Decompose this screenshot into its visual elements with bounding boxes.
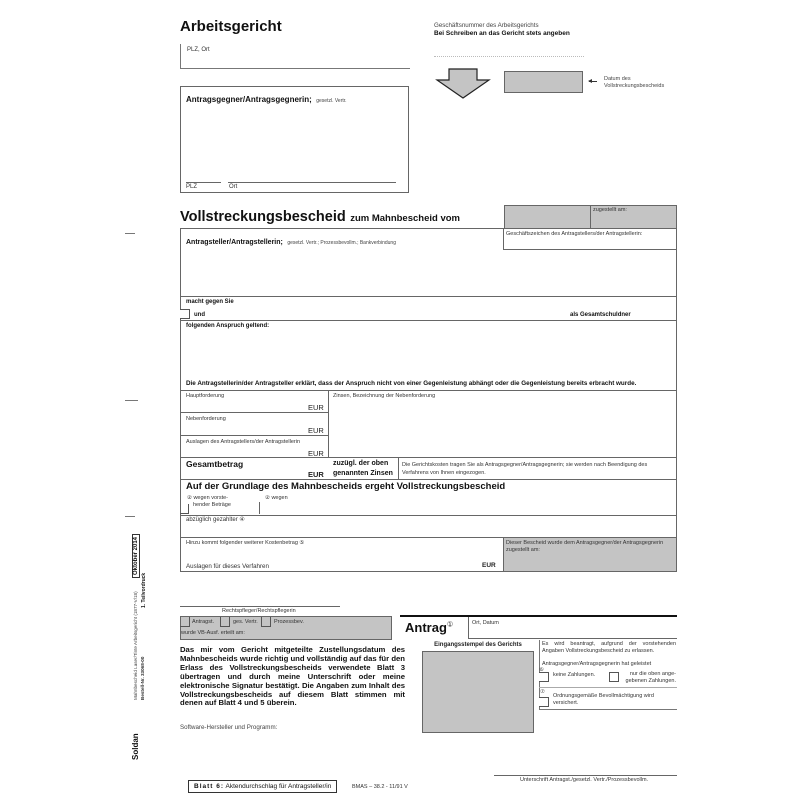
applicant-heading-text: Antragsteller/Antragstellerin;: [186, 239, 283, 246]
deduct-paid-label: abzüglich gezahlter ④: [186, 516, 245, 523]
secondary-claim-field[interactable]: [181, 423, 306, 434]
publisher-logo: Soldan: [131, 733, 140, 760]
application-title-text: Antrag: [405, 620, 447, 635]
plus-interest-line2: genannten Zinsen: [333, 469, 393, 479]
procedure-expenses-currency: EUR: [482, 562, 496, 569]
respondent-plz-label: PLZ: [186, 184, 197, 190]
enforcement-date-field[interactable]: [504, 71, 583, 93]
option-a-label: ② wegen vorste- hender Beträge: [187, 495, 231, 509]
authority-mark: ⑦: [540, 689, 545, 695]
sheet-label: Blatt 6: Aktendurchschlag für Antragstel…: [188, 780, 337, 793]
interest-label: Zinsen, Bezeichnung der Nebenforderung: [333, 393, 435, 399]
option-applicant-label: Antragst.: [192, 619, 214, 625]
additional-costs-label: Hinzu kommt folgender weiterer Kostenbet…: [186, 540, 304, 546]
court-costs-note: Die Gerichtskosten tragen Sie als Antrag…: [402, 461, 672, 477]
no-payments-label: keine Zahlungen.: [553, 672, 595, 678]
pointer-arrowhead-icon: [588, 79, 592, 83]
option-attorney-checkbox[interactable]: [261, 617, 271, 627]
respondent-ort-label: Ort: [229, 184, 237, 190]
and-label: und: [194, 312, 205, 318]
court-stamp-area: [422, 651, 534, 733]
plus-interest-line1: zuzügl. der oben: [333, 459, 393, 469]
expenses-label: Auslagen des Antragstellers/der Antragst…: [186, 439, 300, 445]
joint-debtor-label: als Gesamtschuldner: [570, 312, 631, 318]
reference-label: Geschäftszeichen des Antragstellers/der …: [506, 231, 642, 237]
date-label-line2: Vollstreckungsbescheids: [604, 83, 664, 90]
interest-field[interactable]: [330, 400, 675, 456]
software-label: Software-Hersteller und Programm:: [180, 724, 277, 731]
margin-order-no: Bestell-Nr. 33068-00: [140, 657, 145, 700]
court-address-field[interactable]: [180, 44, 410, 69]
title-main: Vollstreckungsbescheid: [180, 209, 346, 225]
authority-line1: Ordnungsgemäße Bevollmächtigung wird: [553, 693, 654, 700]
application-title-mark: ①: [447, 622, 453, 629]
no-payments-checkbox[interactable]: [539, 672, 549, 682]
total-field[interactable]: [240, 459, 302, 478]
option-b-label: ② wegen: [265, 495, 288, 501]
secondary-claim-currency: EUR: [308, 426, 324, 435]
only-listed-label: nur die oben ange- gebenen Zahlungen.: [622, 671, 676, 685]
applicant-signature-label: Unterschrift Antragst./gesetzl. Vertr./P…: [520, 777, 648, 783]
option-a-line1: ② wegen vorste-: [187, 495, 231, 502]
claim-label: folgenden Anspruch geltend:: [186, 323, 269, 329]
fold-mark-bottom: [125, 516, 135, 517]
authority-line2: versichert.: [553, 700, 654, 707]
title-suffix: zum Mahnbescheid vom: [350, 213, 460, 224]
place-date-field[interactable]: [468, 617, 677, 639]
option-attorney-label: Prozessbev.: [274, 619, 304, 625]
date-label-line1: Datum des: [604, 76, 664, 83]
main-claim-field[interactable]: [181, 400, 306, 411]
expenses-field[interactable]: [181, 446, 306, 457]
authority-label: Ordnungsgemäße Bevollmächtigung wird ver…: [553, 693, 654, 707]
deduct-paid-field[interactable]: [181, 524, 675, 537]
enforcement-date-label: Datum des Vollstreckungsbescheids: [604, 76, 664, 90]
confirmation-text: Das mir vom Gericht mitgeteilte Zustellu…: [180, 646, 405, 708]
decision-heading: Auf der Grundlage des Mahnbescheids erge…: [186, 481, 505, 492]
application-title: Antrag①: [405, 620, 453, 635]
page-title: Vollstreckungsbescheid zum Mahnbescheid …: [180, 208, 460, 226]
only-listed-payments-checkbox[interactable]: [609, 672, 619, 682]
secondary-claim-label: Nebenforderung: [186, 416, 226, 422]
joint-debtor-checkbox[interactable]: [180, 309, 190, 319]
claim-field[interactable]: [181, 332, 676, 376]
case-number-field[interactable]: [434, 56, 584, 57]
total-currency: EUR: [308, 470, 324, 479]
applicant-signature-line[interactable]: [494, 775, 677, 776]
case-number-note: Bei Schreiben an das Gericht stets angeb…: [434, 30, 570, 37]
request-text: Es wird beantragt, aufgrund der vorstehe…: [542, 641, 676, 655]
served-notice-label: Dieser Bescheid wurde dem Antragsgegner/…: [506, 540, 674, 554]
margin-form-name: Mahnbescheid Laser/Tinte Arbeitsgericht …: [133, 591, 138, 700]
down-arrow-icon: [435, 68, 491, 100]
option-a-line2: hender Beträge: [187, 502, 231, 509]
authority-checkbox[interactable]: [539, 697, 549, 707]
plz-ort-label: PLZ, Ort: [187, 47, 210, 53]
fold-mark-top: [125, 233, 135, 234]
only-listed-line2: gebenen Zahlungen.: [622, 678, 676, 685]
court-title: Arbeitsgericht: [180, 18, 282, 35]
sheet-text: Aktendurchschlag für Antragsteller/in: [225, 783, 331, 790]
served-label: zugestellt am:: [593, 207, 627, 213]
option-legal-rep-checkbox[interactable]: [220, 617, 230, 627]
main-claim-currency: EUR: [308, 403, 324, 412]
procedure-expenses-field[interactable]: [181, 548, 481, 570]
option-legal-rep-label: ges. Vertr.: [233, 619, 258, 625]
plus-interest-label: zuzügl. der oben genannten Zinsen: [333, 459, 393, 479]
case-number-label: Geschäftsnummer des Arbeitsgerichts: [434, 22, 539, 29]
margin-date: Oktober 2014: [132, 534, 140, 578]
sheet-number: Blatt 6:: [194, 783, 224, 790]
paid-label: Antragsgegner/Antragsgegnerin hat geleis…: [542, 661, 651, 667]
margin-edition: 1. Teilvordruck: [141, 573, 147, 608]
respondent-sub: gesetzl. Vertr.: [316, 98, 346, 104]
clerk-signature-line[interactable]: [180, 606, 340, 607]
respondent-heading-text: Antragsgegner/Antragsgegnerin;: [186, 95, 312, 104]
respondent-heading: Antragsgegner/Antragsgegnerin; gesetzl. …: [186, 89, 347, 107]
applicant-field[interactable]: [181, 250, 502, 296]
main-claim-label: Hauptforderung: [186, 393, 224, 399]
place-date-label: Ort, Datum: [472, 620, 499, 626]
form-code: BMAS – 38.2 - 11/91 V: [352, 784, 408, 790]
issued-label: wurde VB-Ausf. erteilt am:: [181, 630, 245, 636]
option-applicant-checkbox[interactable]: [180, 617, 190, 627]
total-label: Gesamtbetrag: [186, 459, 243, 469]
applicant-sub: gesetzl. Vertr.; Prozessbevollm.; Bankve…: [287, 240, 396, 246]
claim-against-label: macht gegen Sie: [186, 299, 234, 305]
only-listed-line1: nur die oben ange-: [622, 671, 676, 678]
fold-mark-middle: [125, 400, 138, 401]
option-b-field[interactable]: [290, 494, 675, 514]
stamp-label: Eingangsstempel des Gerichts: [422, 642, 534, 648]
declaration-text: Die Antragstellerin/der Antragsteller er…: [186, 380, 636, 387]
applicant-heading: Antragsteller/Antragstellerin; gesetzl. …: [186, 231, 396, 249]
clerk-signature-label: Rechtspfleger/Rechtspflegerin: [222, 608, 296, 614]
